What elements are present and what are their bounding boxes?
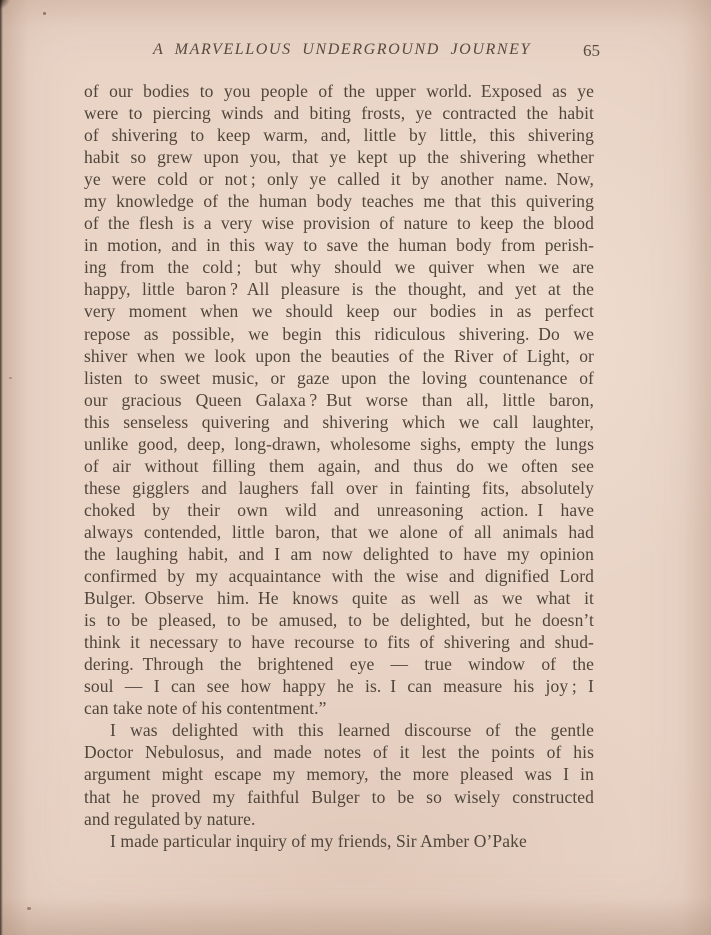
text-line: argument might escape my memory, the mor… [84, 763, 594, 785]
text-line: listen to sweet music, or gaze upon the … [84, 367, 594, 389]
binding-shadow [0, 0, 3, 935]
paragraph: I was delighted with this learned discou… [84, 719, 594, 829]
text-line: ing from the cold ; but why should we qu… [84, 256, 594, 278]
text-line: choked by their own wild and unreasoning… [84, 499, 594, 521]
text-line: I made particular inquiry of my friends,… [84, 830, 594, 852]
text-line: of the flesh is a very wise provision of… [84, 212, 594, 234]
corner-smudge [0, 0, 11, 9]
text-line: ye were cold or not ; only ye called it … [84, 168, 594, 190]
text-line: these gigglers and laughers fall over in… [84, 477, 594, 499]
text-line: shiver when we look upon the beauties of… [84, 345, 594, 367]
text-line: think it necessary to have recourse to f… [84, 631, 594, 653]
header-title: A MARVELLOUS UNDERGROUND JOURNEY [84, 41, 600, 59]
text-line: always contended, little baron, that we … [84, 521, 594, 543]
text-line: confirmed by my acquaintance with the wi… [84, 565, 594, 587]
text-line: soul — I can see how happy he is. I can … [84, 675, 594, 697]
book-page: A MARVELLOUS UNDERGROUND JOURNEY 65 of o… [0, 0, 711, 935]
text-line: Doctor Nebulosus, and made notes of it l… [84, 741, 594, 763]
text-line: repose as possible, we begin this ridicu… [84, 323, 594, 345]
text-line: of our bodies to you people of the upper… [84, 80, 594, 102]
text-line: happy, little baron ? All pleasure is th… [84, 278, 594, 300]
text-line: my knowledge of the human body teaches m… [84, 190, 594, 212]
text-line: habit so grew upon you, that ye kept up … [84, 146, 594, 168]
paragraph: I made particular inquiry of my friends,… [84, 830, 594, 852]
text-line: in motion, and in this way to save the h… [84, 234, 594, 256]
text-line: that he proved my faithful Bulger to be … [84, 786, 594, 808]
text-line: our gracious Queen Galaxa ? But worse th… [84, 389, 594, 411]
running-header: A MARVELLOUS UNDERGROUND JOURNEY 65 [84, 41, 600, 65]
page-number: 65 [583, 41, 600, 61]
page-body: of our bodies to you people of the upper… [84, 80, 594, 852]
text-line: the laughing habit, and I am now delight… [84, 543, 594, 565]
paper-speck [27, 907, 31, 910]
paper-speck [43, 12, 46, 15]
text-line: were to piercing winds and biting frosts… [84, 102, 594, 124]
text-line: of shivering to keep warm, and, little b… [84, 124, 594, 146]
text-line: unlike good, deep, long-drawn, wholesome… [84, 433, 594, 455]
text-line: is to be pleased, to be amused, to be de… [84, 609, 594, 631]
paragraph: of our bodies to you people of the upper… [84, 80, 594, 719]
text-line: very moment when we should keep our bodi… [84, 300, 594, 322]
paper-speck [9, 377, 12, 379]
text-line: of air without filling them again, and t… [84, 455, 594, 477]
text-line: can take note of his contentment.” [84, 697, 594, 719]
text-line: I was delighted with this learned discou… [84, 719, 594, 741]
text-line: this senseless quivering and shivering w… [84, 411, 594, 433]
text-line: Bulger. Observe him. He knows quite as w… [84, 587, 594, 609]
text-line: dering. Through the brightened eye — tru… [84, 653, 594, 675]
text-line: and regulated by nature. [84, 808, 594, 830]
